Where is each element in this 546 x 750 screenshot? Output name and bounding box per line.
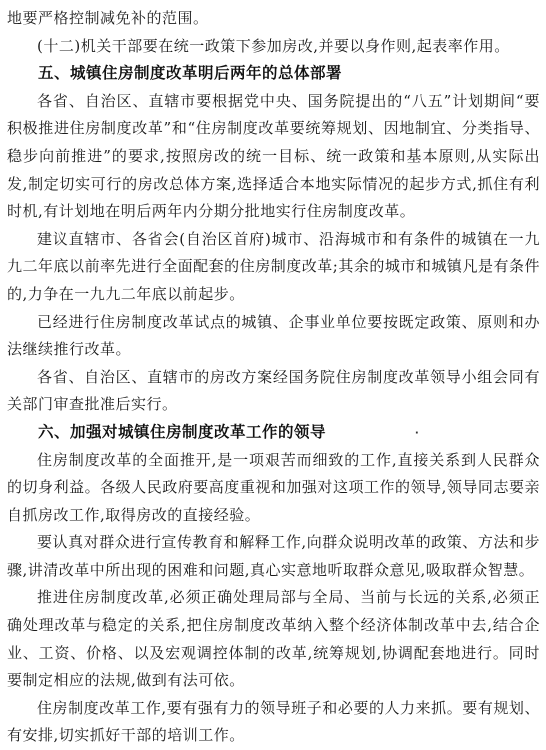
paragraph-municipalities-1992: 建议直辖市、各省会(自治区首府)城市、沿海城市和有条件的城镇在一九九二年底以前率…	[7, 226, 540, 309]
paragraph-publicity-education: 要认真对群众进行宣传教育和解释工作,向群众说明改革的政策、方法和步骤,讲清改革中…	[7, 529, 540, 584]
section-heading-six: 六、加强对城镇住房制度改革工作的领导·	[7, 419, 540, 447]
paragraph-leadership-importance: 住房制度改革的全面推开,是一项艰苦而细致的工作,直接关系到人民群众的切身利益。各…	[7, 447, 540, 530]
document-page: 地要严格控制减免补的范围。 (十二)机关干部要在统一政策下参加房改,并要以身作则…	[0, 0, 546, 750]
paragraph-continuation: 地要严格控制减免补的范围。	[7, 5, 540, 33]
section-heading-six-text: 六、加强对城镇住房制度改革工作的领导	[38, 424, 326, 441]
paragraph-approval: 各省、自治区、直辖市的房改方案经国务院住房制度改革领导小组会同有关部门审查批准后…	[7, 364, 540, 419]
paragraph-pilot-units: 已经进行住房制度改革试点的城镇、企事业单位要按既定政策、原则和办法继续推行改革。	[7, 309, 540, 364]
paragraph-overall-coordination: 推进住房制度改革,必须正确处理局部与全局、当前与长远的关系,必须正确处理改革与稳…	[7, 584, 540, 694]
paragraph-cadre-training: 住房制度改革工作,要有强有力的领导班子和必要的人力来抓。要有规划、有安排,切实抓…	[7, 695, 540, 750]
paragraph-provinces-plan: 各省、自治区、直辖市要根据党中央、国务院提出的“八五”计划期间“要积极推进住房制…	[7, 88, 540, 226]
paragraph-item-12: (十二)机关干部要在统一政策下参加房改,并要以身作则,起表率作用。	[7, 33, 540, 61]
section-heading-five: 五、城镇住房制度改革明后两年的总体部署	[7, 60, 540, 88]
stray-dot-mark: ·	[384, 419, 420, 447]
